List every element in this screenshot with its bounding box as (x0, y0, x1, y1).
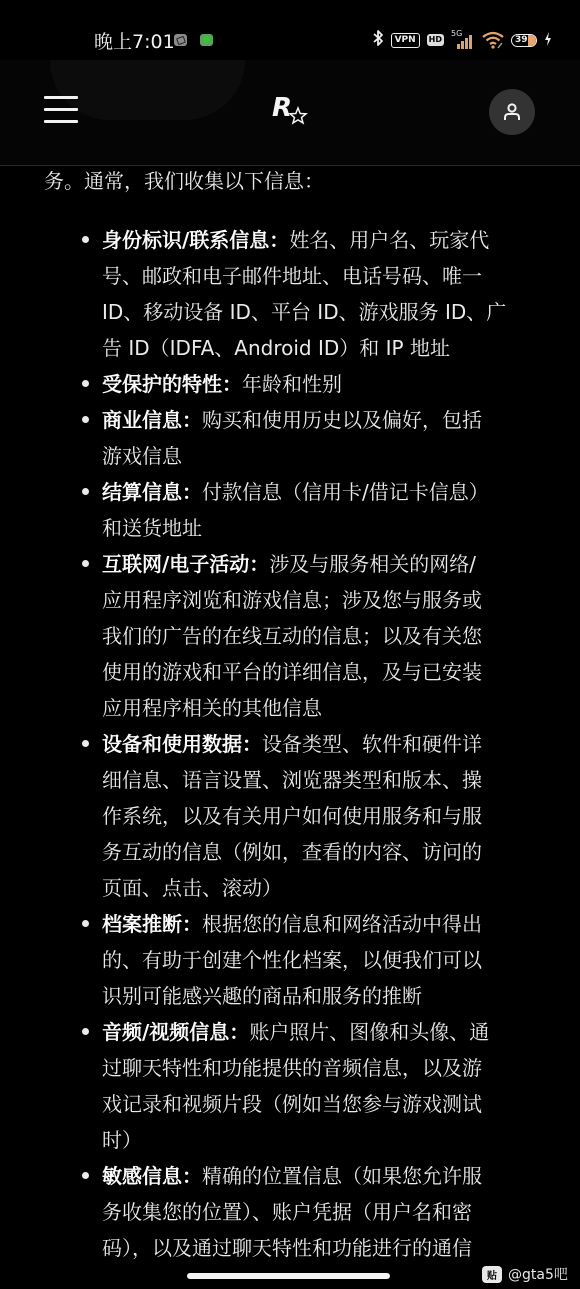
status-icons: VPN HD 5G 39 (372, 29, 552, 51)
hamburger-menu-button[interactable] (44, 96, 78, 124)
list-item-text: 识别可能感兴趣的商品和服务的推断 (102, 984, 422, 1008)
list-item-term: 身份标识/联系信息： (102, 228, 289, 252)
bullet-icon (82, 560, 89, 567)
bullet-icon (82, 380, 89, 387)
bullet-icon (82, 236, 89, 243)
bullet-icon (82, 488, 89, 495)
list-item-text: 务互动的信息（例如，查看的内容、访问的 (102, 840, 482, 864)
list-item-term: 敏感信息： (102, 1164, 202, 1188)
list-item-text: 年龄和性别 (242, 372, 342, 396)
svg-text:R: R (272, 93, 292, 123)
list-item-term: 音频/视频信息： (102, 1020, 249, 1044)
list-item-text: 游戏信息 (102, 444, 182, 468)
list-item-text: ID、移动设备 ID、平台 ID、游戏服务 ID、广 (102, 300, 506, 324)
list-item: 结算信息：付款信息（信用卡/借记卡信息）和送货地址 (0, 474, 580, 546)
list-item-text: 根据您的信息和网络活动中得出 (202, 912, 482, 936)
list-item-term: 商业信息： (102, 408, 202, 432)
list-item-text: 设备类型、软件和硬件详 (262, 732, 482, 756)
list-item-term: 结算信息： (102, 480, 202, 504)
list-item-text: 码），以及通过聊天特性和功能进行的通信 (102, 1236, 472, 1260)
charging-icon (544, 32, 552, 49)
screen: 晚上7:01 VPN HD 5G (0, 0, 580, 1289)
list-item-text: 页面、点击、滚动） (102, 876, 282, 900)
list-item-term: 设备和使用数据： (102, 732, 262, 756)
list-item-text: 付款信息（信用卡/借记卡信息） (202, 480, 489, 504)
list-item-text: 告 ID（IDFA、Android ID）和 IP 地址 (102, 336, 450, 360)
list-item-text: 我们的广告的在线互动的信息；以及有关您 (102, 624, 482, 648)
bullet-icon (82, 740, 89, 747)
list-item-text: 细信息、语言设置、浏览器类型和版本、操 (102, 768, 482, 792)
list-item: 设备和使用数据：设备类型、软件和硬件详细信息、语言设置、浏览器类型和版本、操作系… (0, 726, 580, 906)
list-item-text: 应用程序相关的其他信息 (102, 696, 322, 720)
list-item-text: 戏记录和视频片段（例如当您参与游戏测试 (102, 1092, 482, 1116)
list-item-text: 购买和使用历史以及偏好，包括 (202, 408, 482, 432)
watermark-text: @gta5吧 (508, 1264, 568, 1284)
list-item: 商业信息：购买和使用历史以及偏好，包括游戏信息 (0, 402, 580, 474)
list-item: 身份标识/联系信息：姓名、用户名、玩家代号、邮政和电子邮件地址、电话号码、唯一I… (0, 222, 580, 366)
list-item: 受保护的特性：年龄和性别 (0, 366, 580, 402)
list-item-term: 档案推断： (102, 912, 202, 936)
list-item-text: 作系统，以及有关用户如何使用服务和与服 (102, 804, 482, 828)
collected-info-list: 身份标识/联系信息：姓名、用户名、玩家代号、邮政和电子邮件地址、电话号码、唯一I… (0, 222, 580, 1266)
watermark: 贴 @gta5吧 (482, 1264, 568, 1284)
intro-paragraph: 务。通常，我们收集以下信息： (44, 166, 324, 196)
bullet-icon (82, 920, 89, 927)
cellular-signal-icon: 5G (451, 31, 475, 49)
list-item-term: 受保护的特性： (102, 372, 242, 396)
list-item-term: 互联网/电子活动： (102, 552, 269, 576)
list-item: 音频/视频信息：账户照片、图像和头像、通过聊天特性和功能提供的音频信息，以及游戏… (0, 1014, 580, 1158)
hamburger-menu-icon (44, 96, 78, 99)
list-item-text: 号、邮政和电子邮件地址、电话号码、唯一 (102, 264, 482, 288)
rockstar-logo[interactable]: R (272, 92, 312, 128)
list-item-text: 务收集您的位置）、账户凭据（用户名和密 (102, 1200, 472, 1224)
list-item-text: 精确的位置信息（如果您允许服 (202, 1164, 482, 1188)
rockstar-logo-icon: R (272, 92, 312, 128)
list-item-text: 应用程序浏览和游戏信息；涉及您与服务或 (102, 588, 482, 612)
status-bar: 晚上7:01 VPN HD 5G (0, 0, 580, 60)
privacy-policy-content: 务。通常，我们收集以下信息： 身份标识/联系信息：姓名、用户名、玩家代号、邮政和… (0, 166, 580, 1289)
list-item-text: 的、有助于创建个性化档案，以便我们可以 (102, 948, 482, 972)
tieba-icon: 贴 (482, 1266, 502, 1283)
list-item-text: 涉及与服务相关的网络/ (269, 552, 476, 576)
list-item: 档案推断：根据您的信息和网络活动中得出的、有助于创建个性化档案，以便我们可以识别… (0, 906, 580, 1014)
app-notification-icon (174, 34, 187, 46)
list-item: 敏感信息：精确的位置信息（如果您允许服务收集您的位置）、账户凭据（用户名和密码）… (0, 1158, 580, 1266)
list-item-text: 时） (102, 1128, 142, 1152)
hd-icon: HD (427, 34, 444, 46)
list-item-text: 和送货地址 (102, 516, 202, 540)
bullet-icon (82, 416, 89, 423)
wifi-icon (482, 31, 504, 49)
list-item-text: 使用的游戏和平台的详细信息，及与已安装 (102, 660, 482, 684)
vpn-icon: VPN (391, 33, 420, 48)
user-icon (501, 101, 523, 123)
list-item: 互联网/电子活动：涉及与服务相关的网络/应用程序浏览和游戏信息；涉及您与服务或我… (0, 546, 580, 726)
profile-button[interactable] (489, 89, 535, 135)
battery-icon: 39 (511, 34, 537, 47)
header-shadow (50, 60, 245, 120)
list-item-text: 过聊天特性和功能提供的音频信息，以及游 (102, 1056, 482, 1080)
list-item-text: 账户照片、图像和头像、通 (249, 1020, 489, 1044)
app-header: R (0, 60, 580, 166)
status-time: 晚上7:01 (94, 27, 175, 54)
bullet-icon (82, 1028, 89, 1035)
list-item-text: 姓名、用户名、玩家代 (289, 228, 489, 252)
wechat-notification-icon (200, 34, 213, 46)
bluetooth-icon (372, 29, 384, 51)
bullet-icon (82, 1172, 89, 1179)
battery-level: 39 (515, 35, 528, 45)
home-indicator[interactable] (187, 1273, 390, 1279)
